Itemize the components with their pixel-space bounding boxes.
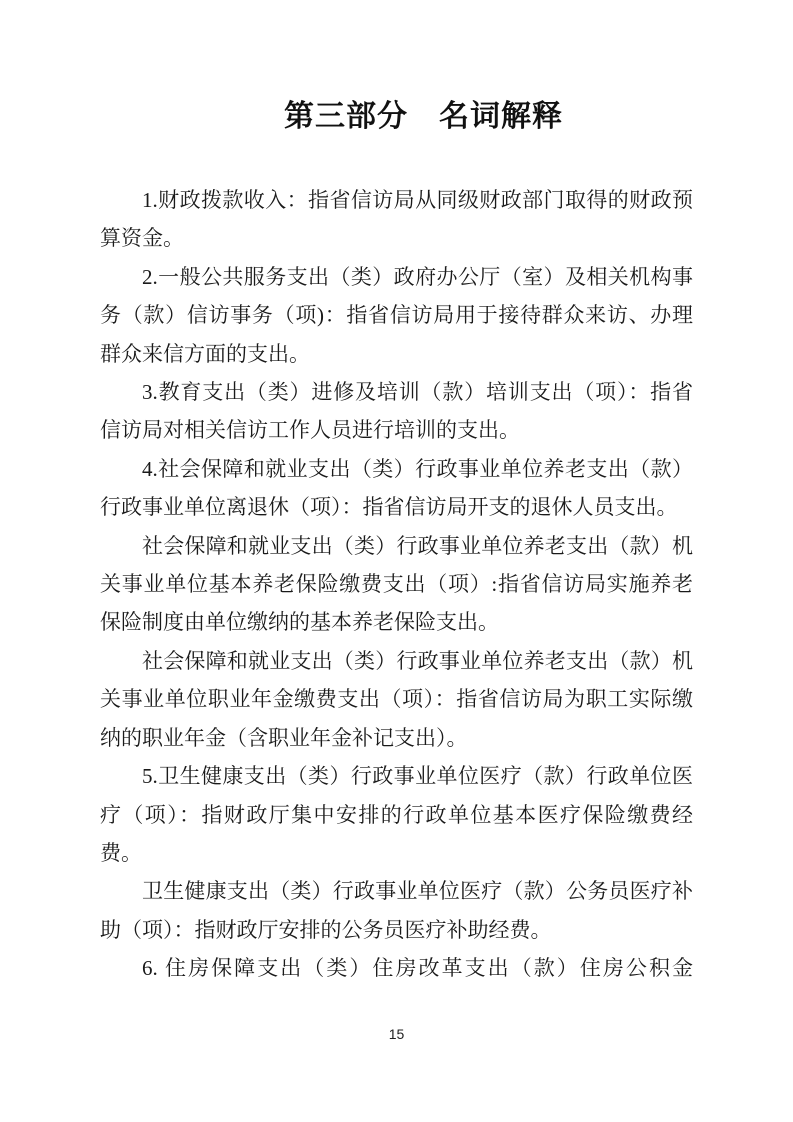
paragraph-general-public-service-expenditure: 2.一般公共服务支出（类）政府办公厅（室）及相关机构事务（款）信访事务（项)：指… [100, 258, 693, 373]
paragraph-civil-servant-medical-subsidy: 卫生健康支出（类）行政事业单位医疗（款）公务员医疗补助（项）：指财政厅安排的公务… [100, 872, 693, 949]
page-title: 第三部分 名词解释 [27, 101, 793, 133]
page-number: 15 [0, 1026, 793, 1042]
document-page: 第三部分 名词解释 1.财政拨款收入：指省信访局从同级财政部门取得的财政预算资金… [0, 0, 793, 1122]
paragraph-basic-pension-insurance-expenditure: 社会保障和就业支出（类）行政事业单位养老支出（款）机关事业单位基本养老保险缴费支… [100, 527, 693, 642]
paragraph-health-medical-expenditure: 5.卫生健康支出（类）行政事业单位医疗（款）行政单位医疗（项）：指财政厅集中安排… [100, 757, 693, 872]
paragraph-housing-security-expenditure: 6. 住房保障支出（类）住房改革支出（款）住房公积金 [100, 949, 693, 987]
paragraph-social-security-retirement-expenditure: 4.社会保障和就业支出（类）行政事业单位养老支出（款）行政事业单位离退休（项）：… [100, 450, 693, 527]
paragraph-fiscal-appropriation-income: 1.财政拨款收入：指省信访局从同级财政部门取得的财政预算资金。 [100, 181, 693, 258]
paragraph-occupational-annuity-expenditure: 社会保障和就业支出（类）行政事业单位养老支出（款）机关事业单位职业年金缴费支出（… [100, 642, 693, 757]
paragraph-education-expenditure: 3.教育支出（类）进修及培训（款）培训支出（项）：指省信访局对相关信访工作人员进… [100, 373, 693, 450]
document-body: 1.财政拨款收入：指省信访局从同级财政部门取得的财政预算资金。 2.一般公共服务… [100, 181, 693, 988]
